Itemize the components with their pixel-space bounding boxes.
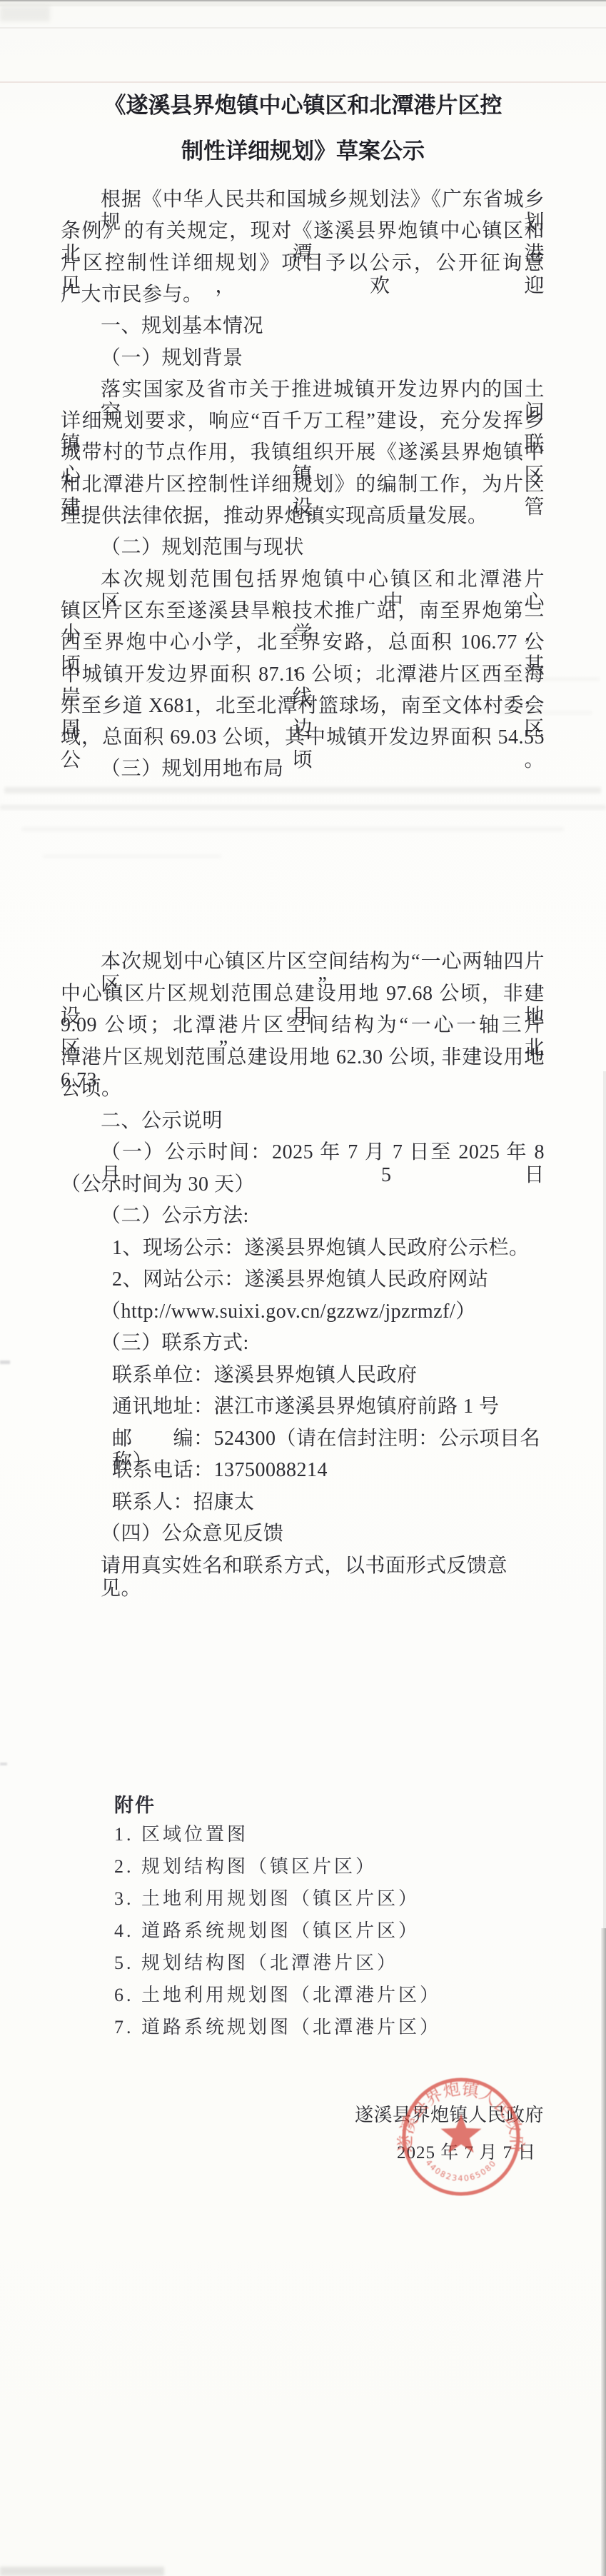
body2-line-8: （公示时间为 30 天）	[61, 1173, 545, 1196]
body2-line-18: 联系人：招康太	[112, 1491, 545, 1514]
body1-line-4: 广大市民参与。	[61, 284, 545, 306]
body1-line-11: 理提供法律依据，推动界炮镇实现高质量发展。	[61, 505, 545, 528]
attachment-item-1: 1. 区域位置图	[114, 1823, 485, 1846]
body2-line-15: 通讯地址：湛江市遂溪县界炮镇府前路 1 号	[112, 1395, 545, 1418]
scan-bleedthrough	[43, 854, 221, 858]
document-title-line-1: 《遂溪县界炮镇中心镇区和北潭港片区控	[0, 90, 606, 121]
body2-line-11: 2、网站公示：遂溪县界炮镇人民政府网站	[112, 1268, 545, 1291]
scan-smudge	[0, 6, 50, 21]
body2-line-12: （http://www.suixi.gov.cn/gzzwz/jpzrmzf/）	[101, 1300, 545, 1323]
document-title-line-2: 制性详细规划》草案公示	[0, 136, 606, 167]
scan-top-edge	[0, 0, 606, 1]
scan-bleedthrough	[4, 787, 601, 793]
attachment-item-5: 5. 规划结构图（北潭港片区）	[114, 1952, 485, 1975]
body2-line-13: （三）联系方式:	[101, 1332, 545, 1355]
scan-artifact-line	[0, 81, 606, 83]
scan-right-edge	[603, 1071, 606, 1928]
scan-smudge	[0, 2567, 164, 2576]
attachment-item-3: 3. 土地利用规划图（镇区片区）	[114, 1888, 485, 1910]
scan-bleedthrough	[21, 827, 564, 831]
seal-number: 4408234065080	[424, 2158, 499, 2183]
body2-line-5: 公顷。	[61, 1078, 545, 1101]
body2-line-17: 联系电话：13750088214	[112, 1459, 545, 1482]
attachments-header: 附件	[114, 1790, 156, 1818]
official-seal: 遂溪县界炮镇人民政府 4408234065080	[394, 2070, 528, 2204]
body2-line-6: 二、公示说明	[101, 1110, 545, 1133]
scan-bleedthrough	[0, 805, 606, 810]
attachment-item-6: 6. 土地利用规划图（北潭港片区）	[114, 1984, 485, 2007]
seal-star-icon	[441, 2114, 482, 2152]
body2-line-20: 请用真实姓名和联系方式，以书面形式反馈意见。	[101, 1555, 545, 1600]
body1-line-12: （二）规划范围与现状	[101, 536, 545, 559]
attachment-item-4: 4. 道路系统规划图（镇区片区）	[114, 1920, 485, 1943]
scanned-document-page: 《遂溪县界炮镇中心镇区和北潭港片区控 制性详细规划》草案公示 根据《中华人民共和…	[0, 0, 606, 2576]
body2-line-9: （二）公示方法:	[101, 1205, 545, 1228]
body1-line-5: 一、规划基本情况	[101, 315, 545, 338]
scan-smudge	[0, 1360, 10, 1364]
body2-line-14: 联系单位：遂溪县界炮镇人民政府	[112, 1364, 545, 1387]
body1-line-6: （一）规划背景	[101, 347, 545, 370]
attachment-item-7: 7. 道路系统规划图（北潭港片区）	[114, 2016, 485, 2039]
body1-line-19: （三）规划用地布局	[101, 758, 545, 781]
body2-line-19: （四）公众意见反馈	[101, 1523, 545, 1545]
scan-artifact-line	[0, 27, 606, 29]
scan-smudge	[0, 1763, 7, 1765]
scan-right-edge	[601, 1928, 606, 2576]
scan-top-band	[0, 1, 606, 6]
attachment-item-2: 2. 规划结构图（镇区片区）	[114, 1855, 485, 1878]
body2-line-10: 1、现场公示：遂溪县界炮镇人民政府公示栏。	[112, 1237, 545, 1260]
